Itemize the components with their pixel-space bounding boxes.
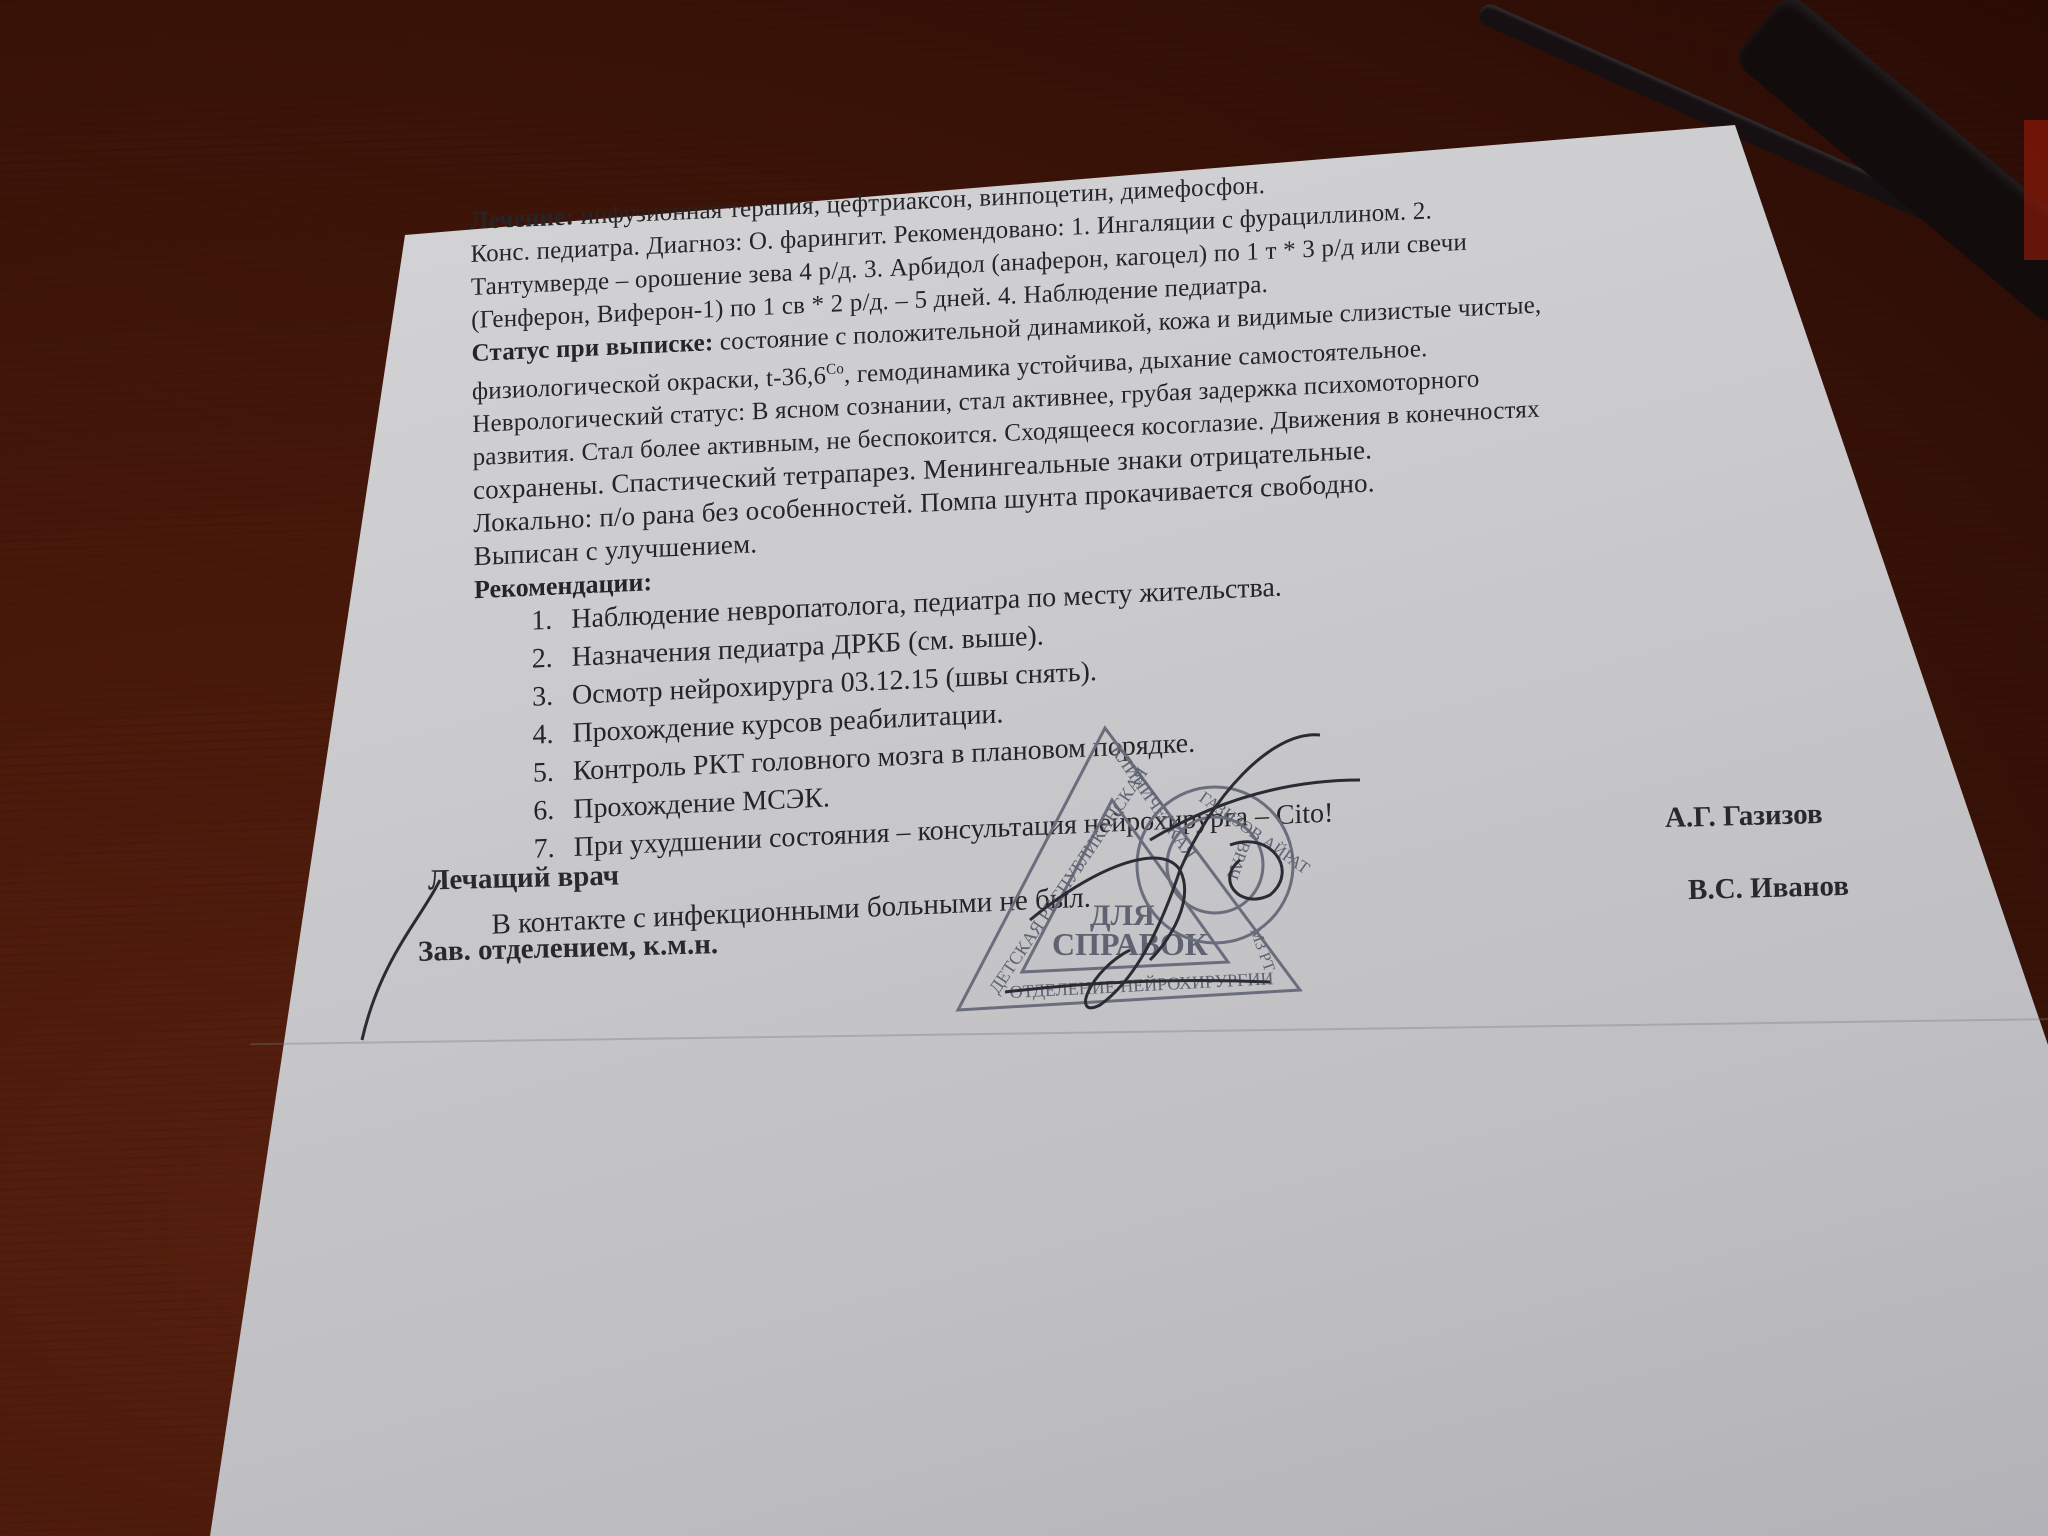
round-stamp-text: ГАЗИЗОВ АЙРАТ [1196, 788, 1314, 878]
hospital-stamp: ДЛЯ СПРАВОК ДЕТСКАЯ РЕСПУБЛИКАНСКАЯ КЛИН… [940, 720, 1360, 1020]
stamp-center-line2: СПРАВОК [1052, 926, 1208, 962]
stamp-bottom-text: ОТДЕЛЕНИЕ НЕЙРОХИРУРГИИ [1009, 968, 1274, 1002]
